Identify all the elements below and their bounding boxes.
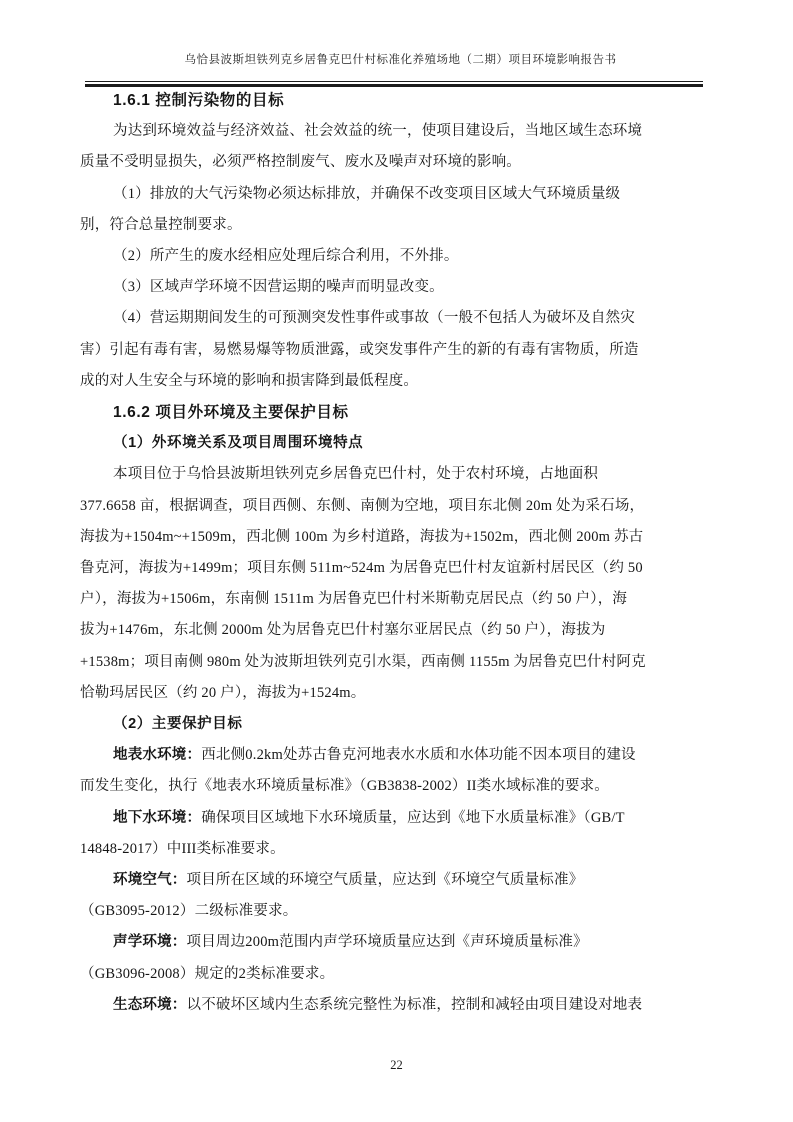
paragraph-line: 为达到环境效益与经济效益、社会效益的统一，使项目建设后，当地区域生态环境 — [80, 116, 721, 147]
body-text: +1538m；项目南侧 980m 处为波斯坦铁列克引水渠，西南侧 1155m 为… — [80, 654, 646, 670]
paragraph-line: +1538m；项目南侧 980m 处为波斯坦铁列克引水渠，西南侧 1155m 为… — [80, 647, 721, 678]
section-heading: （2）主要保护目标 — [80, 709, 721, 740]
paragraph-line: （GB3095-2012）二级标准要求。 — [80, 896, 721, 927]
body-text: 鲁克河，海拔为+1499m；项目东侧 511m~524m 为居鲁克巴什村友谊新村… — [80, 560, 643, 576]
protection-target-label: 生态环境： — [113, 997, 187, 1013]
body-text: 以不破坏区域内生态系统完整性为标准，控制和减轻由项目建设对地表 — [187, 997, 643, 1013]
protection-target-label: 环境空气： — [113, 872, 187, 888]
section-heading: 1.6.1 控制污染物的目标 — [80, 85, 721, 116]
section-heading: （1）外环境关系及项目周围环境特点 — [80, 428, 721, 459]
body-text: （2）所产生的废水经相应处理后综合利用，不外排。 — [113, 248, 459, 264]
paragraph-line: 本项目位于乌恰县波斯坦铁列克乡居鲁克巴什村，处于农村环境，占地面积 — [80, 459, 721, 490]
paragraph-line: 别，符合总量控制要求。 — [80, 210, 721, 241]
paragraph-line: 声学环境：项目周边200m范围内声学环境质量应达到《声环境质量标准》 — [80, 927, 721, 958]
paragraph-line: 地下水环境：确保项目区域地下水环境质量，应达到《地下水质量标准》（GB/T — [80, 803, 721, 834]
paragraph-line: 生态环境：以不破坏区域内生态系统完整性为标准，控制和减轻由项目建设对地表 — [80, 990, 721, 1021]
body-text: 377.6658 亩，根据调查，项目西侧、东侧、南侧为空地，项目东北侧 20m … — [80, 498, 644, 514]
body-text: （3）区域声学环境不因营运期的噪声而明显改变。 — [113, 279, 444, 295]
body-text: （4）营运期期间发生的可预测突发性事件或事故（一般不包括人为破坏及自然灾 — [113, 310, 635, 326]
paragraph-line: 害）引起有毒有害，易燃易爆等物质泄露，或突发事件产生的新的有毒有害物质，所造 — [80, 335, 721, 366]
paragraph-line: 14848-2017）中III类标准要求。 — [80, 834, 721, 865]
body-text: 户），海拔为+1506m，东南侧 1511m 为居鲁克巴什村米斯勒克居民点（约 … — [80, 591, 627, 607]
body-text: 西北侧0.2km处苏古鲁克河地表水水质和水体功能不因本项目的建设 — [201, 747, 636, 763]
paragraph-line: 户），海拔为+1506m，东南侧 1511m 为居鲁克巴什村米斯勒克居民点（约 … — [80, 584, 721, 615]
body-text: 拔为+1476m，东北侧 2000m 处为居鲁克巴什村塞尔亚居民点（约 50 户… — [80, 622, 605, 638]
body-text: （GB3095-2012）二级标准要求。 — [80, 903, 297, 919]
body-text: （GB3096-2008）规定的2类标准要求。 — [80, 966, 334, 982]
paragraph-line: 而发生变化，执行《地表水环境质量标准》（GB3838-2002）II类水域标准的… — [80, 771, 721, 802]
paragraph-line: 鲁克河，海拔为+1499m；项目东侧 511m~524m 为居鲁克巴什村友谊新村… — [80, 553, 721, 584]
body-text: 恰勒玛居民区（约 20 户），海拔为+1524m。 — [80, 685, 365, 701]
body-text: 别，符合总量控制要求。 — [80, 217, 242, 233]
paragraph-line: 377.6658 亩，根据调查，项目西侧、东侧、南侧为空地，项目东北侧 20m … — [80, 491, 721, 522]
body-text: 项目所在区域的环境空气质量，应达到《环境空气质量标准》 — [187, 872, 584, 888]
page-number: 22 — [0, 1058, 793, 1073]
paragraph-line: 环境空气：项目所在区域的环境空气质量，应达到《环境空气质量标准》 — [80, 865, 721, 896]
body-text: 质量不受明显损失，必须严格控制废气、废水及噪声对环境的影响。 — [80, 154, 521, 170]
body-text: （1）排放的大气污染物必须达标排放，并确保不改变项目区域大气环境质量级 — [113, 186, 620, 202]
body-text: 海拔为+1504m~+1509m，西北侧 100m 为乡村道路，海拔为+1502… — [80, 529, 643, 545]
paragraph-line: 地表水环境：西北侧0.2km处苏古鲁克河地表水水质和水体功能不因本项目的建设 — [80, 740, 721, 771]
document-page: 乌恰县波斯坦铁列克乡居鲁克巴什村标准化养殖场地（二期）项目环境影响报告书 1.6… — [0, 0, 793, 1122]
paragraph-line: 恰勒玛居民区（约 20 户），海拔为+1524m。 — [80, 678, 721, 709]
paragraph-line: （2）所产生的废水经相应处理后综合利用，不外排。 — [80, 241, 721, 272]
body-text: 项目周边200m范围内声学环境质量应达到《声环境质量标准》 — [187, 934, 588, 950]
section-heading: 1.6.2 项目外环境及主要保护目标 — [80, 397, 721, 428]
running-header-title: 乌恰县波斯坦铁列克乡居鲁克巴什村标准化养殖场地（二期）项目环境影响报告书 — [80, 51, 721, 67]
body-text: 害）引起有毒有害，易燃易爆等物质泄露，或突发事件产生的新的有毒有害物质，所造 — [80, 342, 639, 358]
protection-target-label: 声学环境： — [113, 934, 187, 950]
paragraph-line: 拔为+1476m，东北侧 2000m 处为居鲁克巴什村塞尔亚居民点（约 50 户… — [80, 615, 721, 646]
body-text: 成的对人生安全与环境的影响和损害降到最低程度。 — [80, 373, 418, 389]
body-text: 本项目位于乌恰县波斯坦铁列克乡居鲁克巴什村，处于农村环境，占地面积 — [113, 466, 598, 482]
paragraph-line: 海拔为+1504m~+1509m，西北侧 100m 为乡村道路，海拔为+1502… — [80, 522, 721, 553]
body-text: 为达到环境效益与经济效益、社会效益的统一，使项目建设后，当地区域生态环境 — [113, 123, 642, 139]
protection-target-label: 地表水环境： — [113, 747, 201, 763]
paragraph-line: 成的对人生安全与环境的影响和损害降到最低程度。 — [80, 366, 721, 397]
protection-target-label: 地下水环境： — [113, 810, 201, 826]
body-text: 而发生变化，执行《地表水环境质量标准》（GB3838-2002）II类水域标准的… — [80, 778, 609, 794]
document-body: 1.6.1 控制污染物的目标为达到环境效益与经济效益、社会效益的统一，使项目建设… — [80, 85, 721, 1021]
body-text: 确保项目区域地下水环境质量，应达到《地下水质量标准》（GB/T — [201, 810, 624, 826]
paragraph-line: （3）区域声学环境不因营运期的噪声而明显改变。 — [80, 272, 721, 303]
paragraph-line: 质量不受明显损失，必须严格控制废气、废水及噪声对环境的影响。 — [80, 147, 721, 178]
paragraph-line: （4）营运期期间发生的可预测突发性事件或事故（一般不包括人为破坏及自然灾 — [80, 303, 721, 334]
body-text: 14848-2017）中III类标准要求。 — [80, 841, 285, 857]
paragraph-line: （1）排放的大气污染物必须达标排放，并确保不改变项目区域大气环境质量级 — [80, 179, 721, 210]
paragraph-line: （GB3096-2008）规定的2类标准要求。 — [80, 959, 721, 990]
